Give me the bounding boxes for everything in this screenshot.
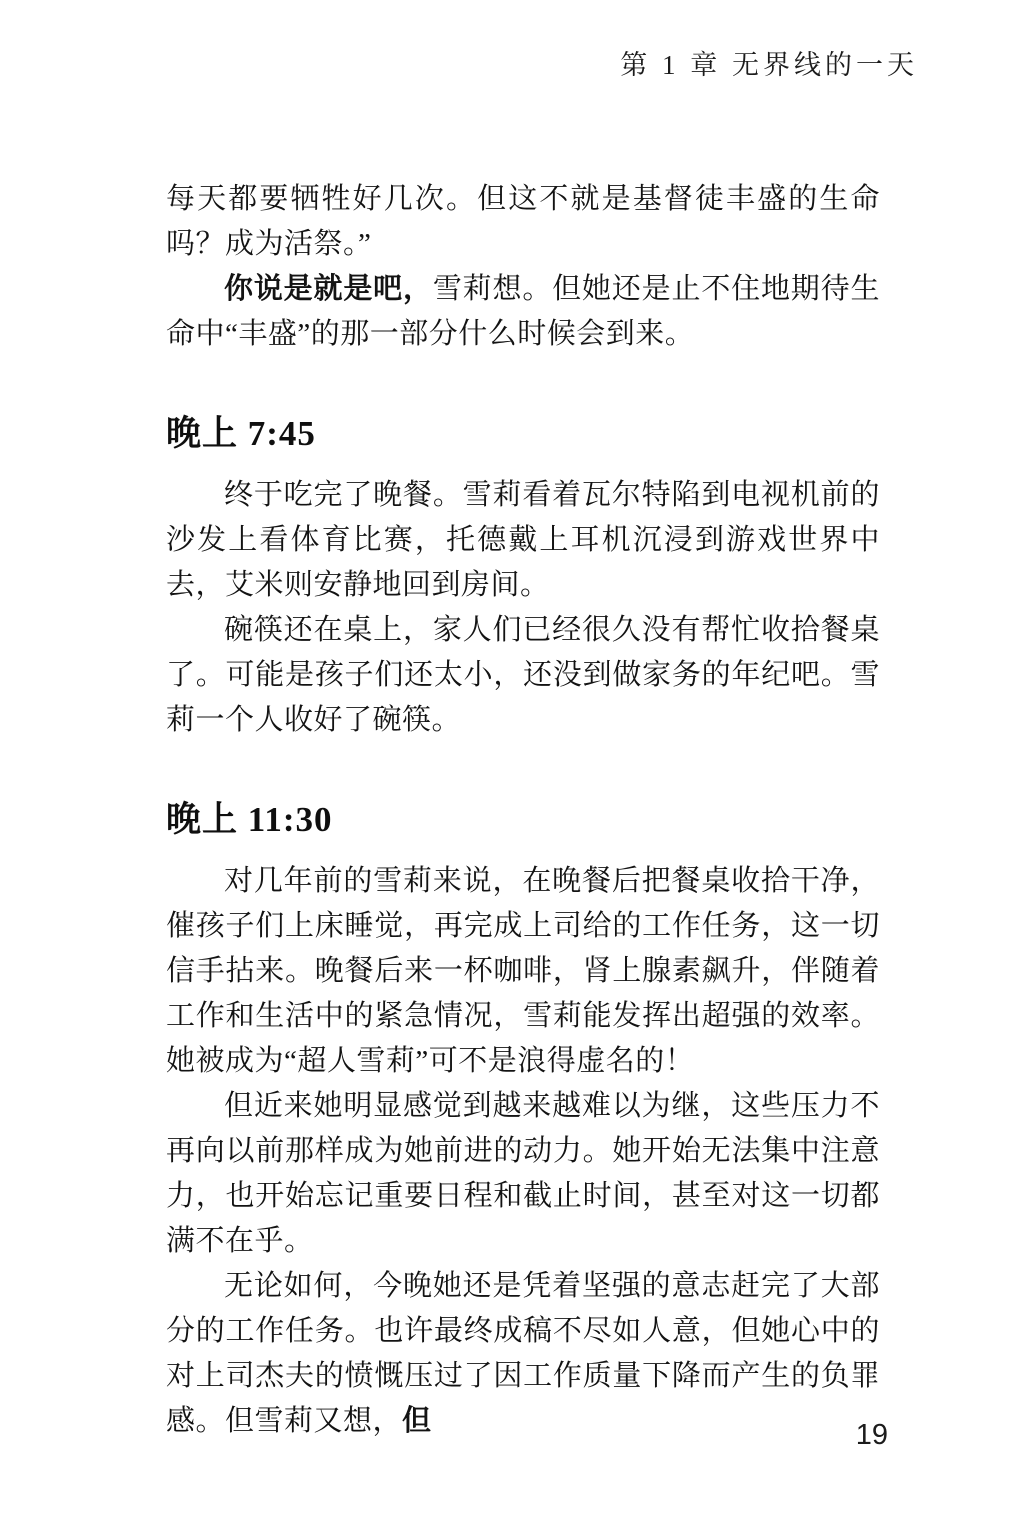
paragraph-dinner-finished: 终于吃完了晚餐。雪莉看着瓦尔特陷到电视机前的沙发上看体育比赛，托德戴上耳机沉浸到… [166, 473, 880, 608]
paragraph-continuation: 每天都要牺牲好几次。但这不就是基督徒丰盛的生命吗？成为活祭。” [166, 177, 880, 267]
section-heading-evening-1130: 晚上 11:30 [166, 797, 880, 843]
book-page: 第 1 章 无界线的一天 每天都要牺牲好几次。但这不就是基督徒丰盛的生命吗？成为… [0, 0, 1024, 1517]
running-header: 第 1 章 无界线的一天 [620, 50, 918, 80]
paragraph-final: 无论如何，今晚她还是凭着坚强的意志赶完了大部分的工作任务。也许最终成稿不尽如人意… [166, 1264, 880, 1444]
section-heading-evening-745: 晚上 7:45 [166, 411, 880, 457]
page-body: 每天都要牺牲好几次。但这不就是基督徒丰盛的生命吗？成为活祭。” 你说是就是吧，雪… [166, 177, 880, 1444]
final-emphasis-text: 但 [402, 1405, 432, 1437]
paragraph-dishes: 碗筷还在桌上，家人们已经很久没有帮忙收拾餐桌了。可能是孩子们还太小，还没到做家务… [166, 608, 880, 743]
paragraph-thought: 你说是就是吧，雪莉想。但她还是止不住地期待生命中“丰盛”的那一部分什么时候会到来… [166, 267, 880, 357]
paragraph-super-shirley: 对几年前的雪莉来说，在晚餐后把餐桌收拾干净，催孩子们上床睡觉，再完成上司给的工作… [166, 859, 880, 1084]
paragraph-losing-focus: 但近来她明显感觉到越来越难以为继，这些压力不再向以前那样成为她前进的动力。她开始… [166, 1084, 880, 1264]
thought-emphasis-text: 你说是就是吧， [224, 273, 433, 305]
page-number: 19 [856, 1420, 888, 1450]
final-main-text: 无论如何，今晚她还是凭着坚强的意志赶完了大部分的工作任务。也许最终成稿不尽如人意… [166, 1270, 880, 1437]
